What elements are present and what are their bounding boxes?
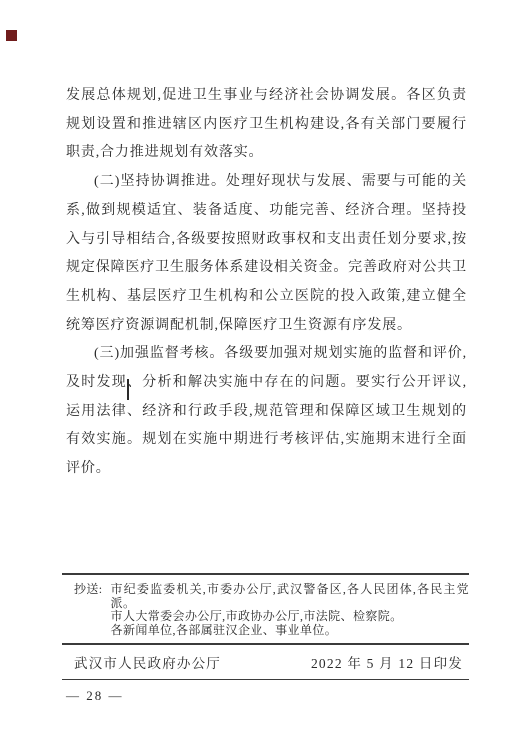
page-number: — 28 —: [66, 688, 469, 704]
document-page: 发展总体规划,促进卫生事业与经济社会协调发展。各区负责规划设置和推进辖区内医疗卫…: [0, 0, 530, 751]
scan-artifact-vertical-bar: [127, 379, 129, 400]
cc-label: 抄送:: [74, 583, 103, 597]
issuing-office: 武汉市人民政府办公厅: [74, 652, 221, 672]
paragraph-item-2: (二)坚持协调推进。处理好现状与发展、需要与可能的关系,做到规模适宜、装备适度、…: [66, 168, 467, 340]
paragraph-continuation: 发展总体规划,促进卫生事业与经济社会协调发展。各区负责规划设置和推进辖区内医疗卫…: [66, 82, 467, 168]
document-footer: 抄送: 市纪委监委机关,市委办公厅,武汉警备区,各人民团体,各民主党派。 市人大…: [62, 573, 469, 704]
issuer-row: 武汉市人民政府办公厅 2022 年 5 月 12 日印发: [62, 645, 469, 679]
cc-line: 市人大常委会办公厅,市政协办公厅,市法院、检察院。: [111, 610, 469, 624]
paragraph-item-3: (三)加强监督考核。各级要加强对规划实施的监督和评价,及时发现、分析和解决实施中…: [66, 340, 467, 484]
divider-bottom: [62, 679, 469, 681]
cc-list: 市纪委监委机关,市委办公厅,武汉警备区,各人民团体,各民主党派。 市人大常委会办…: [111, 583, 469, 637]
document-body: 发展总体规划,促进卫生事业与经济社会协调发展。各区负责规划设置和推进辖区内医疗卫…: [66, 82, 467, 484]
scan-artifact-red-square: [6, 30, 17, 41]
cc-block: 抄送: 市纪委监委机关,市委办公厅,武汉警备区,各人民团体,各民主党派。 市人大…: [62, 575, 469, 643]
cc-line: 市纪委监委机关,市委办公厅,武汉警备区,各人民团体,各民主党派。: [111, 583, 469, 610]
print-date: 2022 年 5 月 12 日印发: [311, 652, 463, 672]
cc-line: 各新闻单位,各部属驻汉企业、事业单位。: [111, 624, 469, 638]
